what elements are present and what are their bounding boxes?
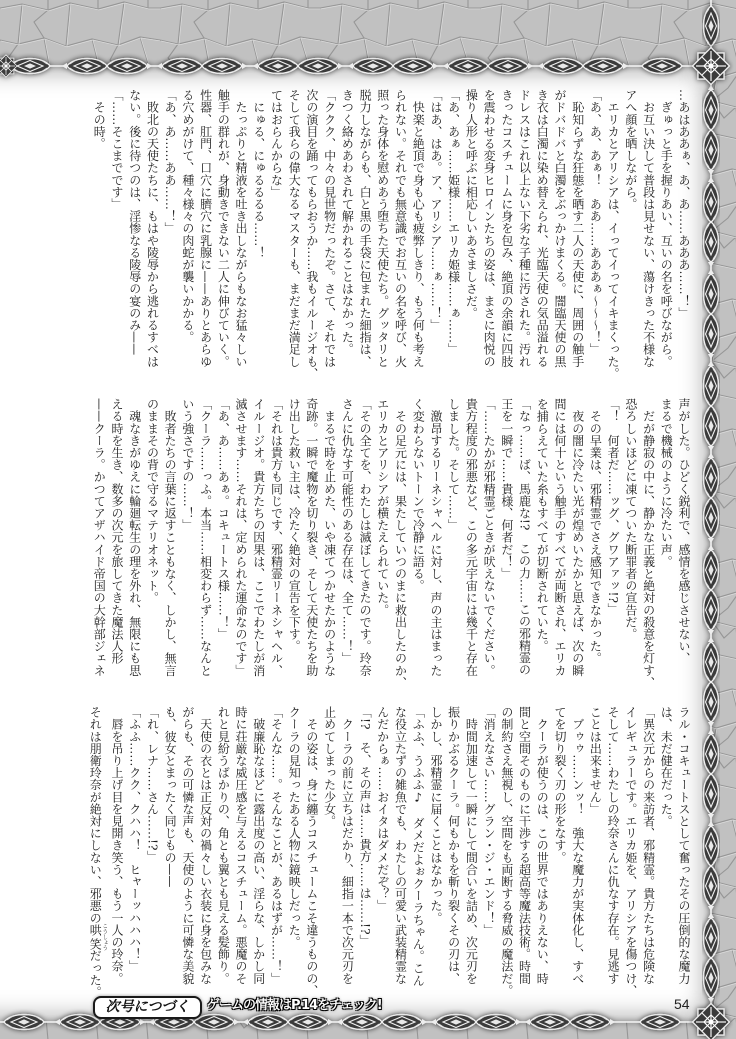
text-column: エリカとアリシアが横たえられていた。	[373, 398, 391, 678]
text-column: 「そんな……。そんなことが、あるはずが……！」	[267, 706, 285, 986]
text-column: んだからぁ……おイタはダメだぞ？」	[373, 706, 391, 986]
text-column: 「ククク、中々の見世物だったぞ。さて、それでは	[320, 89, 338, 369]
text-column: ことは出来ません」	[586, 706, 604, 986]
text-column: 敗北の天使たちに、もはや陵辱から逃れるすべは	[143, 89, 161, 369]
text-column: にゅる、にゅるるるる……！	[249, 89, 267, 369]
text-column: 「異次元からの来訪者、邪精霊。貴方たちは危険な	[639, 706, 657, 986]
text-column: その足元には、果たしていつのまに救出したのか、	[391, 398, 409, 678]
text-column: 時間加速して一瞬にして間合いを詰め、次元刃を	[462, 706, 480, 986]
game-info-caption: ゲームの情報はP.14をチェック!	[207, 997, 382, 1015]
text-column: たっぷりと精液を吐き出しながらもなお猛々しい	[231, 89, 249, 369]
text-column: を捕らえていた糸もすべてが切断されていた。	[533, 398, 551, 678]
text-column: 「それは貴方も同じです、邪精霊リーネシャヘル、	[267, 398, 285, 678]
text-column: 触手の群れが、身動きできない二人に伸びていく。	[214, 89, 232, 369]
text-column: け出した救い主は、冷たく絶対の宣告を下す。	[284, 398, 302, 678]
text-column: 敗者たちの言葉に返すこともなく、しかし、無言	[160, 398, 178, 678]
text-column: だが静寂の中に、静かな正義と絶対の殺意を灯す、	[639, 398, 657, 678]
text-column: 振りかぶるクーラ。何もかもを斬り裂くその刃は、	[444, 706, 462, 986]
text-column: てはおらんからな」	[267, 89, 285, 369]
text-column: 恐ろしいほどに凍てついた断罪者の宣告だ。	[621, 398, 639, 678]
text-column: 間と空間そのものに干渉する超高等魔法技術。時間	[515, 706, 533, 986]
text-column: を震わせる変身ヒロインたちの姿は、まさに肉悦の	[479, 89, 497, 369]
text-column: 「あ、あ、あぁ！ ああ……あああぁ〜〜〜！」	[586, 89, 604, 369]
text-column: お互い決して普段は見せない、蕩けきった不様な	[639, 89, 657, 369]
text-column: 「……そこまでです」	[107, 89, 125, 369]
text-column: その早業は、邪精霊でさえ感知できなかった。	[586, 398, 604, 678]
text-column: る穴めがけて、種々様々の肉蛇が襲いかかる。	[178, 89, 196, 369]
text-column: のままその背で守るマテリオネット。	[143, 398, 161, 678]
text-column: しかし、邪精霊に届くことはなかった。	[426, 706, 444, 986]
text-column: 時に荘厳な威圧感を与えるコスチューム。悪魔のそ	[231, 706, 249, 986]
text-column: 性器、肛門、口穴に臍穴に乳腺に——ありとあらゆ	[196, 89, 214, 369]
text-column: 天使の衣とは正反対の禍々しい衣装に身を包みな	[196, 706, 214, 986]
text-column: クーラの前に立ちはだかり、細指一本で次元刃を	[338, 706, 356, 986]
text-column: 「あ、あ……ああ……！」	[160, 89, 178, 369]
text-column: イルージオ。貴方たちの因果は、ここでわたしが消	[249, 398, 267, 678]
text-column: 王を一瞬で……貴様、何者だ！」	[497, 398, 515, 678]
text-column: いう強さですの……！」	[178, 398, 196, 678]
text-column: きつく絡めあわされて解かれることはなかった。	[338, 89, 356, 369]
text-column: そして我らの偉大なるマスターも、まだまだ満足し	[284, 89, 302, 369]
text-column: 操り人形と呼ぶに相応しいあさましさだ。	[462, 89, 480, 369]
text-column: クーラの見知ったある人物に鏡映しだった。	[284, 706, 302, 986]
text-column: 「ふふ、うふふ♪ ダメだよぉクーラちゃん。こん	[409, 706, 427, 986]
text-column: アへ顔を晒しながら。	[621, 89, 639, 369]
next-issue-badge: 次号につづく	[93, 996, 202, 1019]
text-column: ブゥゥ……ンッ！ 強大な魔力が実体化し、すべ	[568, 706, 586, 986]
text-column: く変わらないトーンで冷静に語る。	[409, 398, 427, 678]
text-column: その姿は、身に纏うコスチュームこそ違うものの、	[302, 706, 320, 986]
text-column: れと見紛うばかりの、角とも翼とも見える髪飾り。	[214, 706, 232, 986]
text-column: も、彼女とまったく同じもの——	[160, 706, 178, 986]
text-column: 破廉恥なほどに露出度の高い、淫らな、しかし同	[249, 706, 267, 986]
page-number: 54	[674, 996, 690, 1012]
text-column: 照った身体を慰めあう堕ちた天使たち。グッタリと	[373, 89, 391, 369]
text-column: ——クーラ。かつてアザハイド帝国の大幹部ジェネ	[90, 398, 108, 678]
text-column: は、未だ健在だった。	[657, 706, 675, 986]
text-column: 声がした。ひどく鋭利で、感情を感じさせない、	[674, 398, 692, 678]
text-column: られない。それでも無意識でお互いの名を呼び、火	[391, 89, 409, 369]
text-column: 「あ、あぁ……姫様……エリカ姫様……ぁ……」	[444, 89, 462, 369]
text-column: まるで機械のように冷たい声。	[657, 398, 675, 678]
text-column: その時。	[90, 89, 108, 369]
text-fragment: だった。	[88, 950, 102, 998]
text-column: エリカとアリシアは、イってイってイキまくった。	[603, 89, 621, 369]
text-column: 貴方程度の邪悪など、この多元宇宙には幾千と存在	[462, 398, 480, 678]
text-column: イレギュラーです。エリカ姫を、アリシアを傷つけ、	[621, 706, 639, 986]
text-column: 「はあ、はあ。ア、アリシア……ぁ……！」	[426, 89, 444, 369]
text-column: 脱力しながらも、白と黒の手袋に包まれた細指は、	[355, 89, 373, 369]
story-block-bottom: ラル・コキュートスとして奮ったその圧倒的な魔力 は、未だ健在だった。 「異次元か…	[89, 706, 692, 986]
text-column: える時を生き、数多の次元を旅してきた魔法人形	[107, 398, 125, 678]
text-column: がドバドバと白濁をぶっかけまくる。闇臨天使の黒	[550, 89, 568, 369]
text-column: 次の演目を踊ってもらおうか……我もイルージオも、	[302, 89, 320, 369]
text-column: き衣は白濁に染め替えられ、光臨天使の気品溢れる	[533, 89, 551, 369]
text-column: ドレスはこれ以上ない下劣な子種に汚された。汚れ	[515, 89, 533, 369]
ruby-annotation: 哄笑こうしょう	[88, 924, 102, 950]
text-column: 「……たかが邪精霊ごときが吠えないでください。	[479, 398, 497, 678]
text-column: ぎゅっと手を握りあい、互いの名を呼びながら。	[657, 89, 675, 369]
text-column: ない。後に待つのは、淫惨なる陵辱の宴のみ——	[125, 89, 143, 369]
text-column: 「ふふ……クク、クハハ！ ヒャーッハハハ！」	[125, 706, 143, 986]
text-column: 「消えなさい……グラン・ジ・エンド！」	[479, 706, 497, 986]
text-column: 滅させます……それは、定められた運命なのです」	[231, 398, 249, 678]
text-column: 「なっ……ば、馬鹿な!? この力……この邪精霊の	[515, 398, 533, 678]
text-column-with-ruby: それは朋衛玲奈が絶対にしない、邪悪の哄笑こうしょうだった。	[90, 706, 108, 986]
text-column: さんに仇なす可能性のある存在は、全て……！」	[338, 398, 356, 678]
text-column: 快楽と絶頂で身も心も疲弊しきり、もう何も考え	[409, 89, 427, 369]
text-fragment: それは朋衛玲奈が絶対にしない、邪悪の	[88, 706, 102, 924]
story-block-top: …あはああぁ、あ、あ……あああ……！」 ぎゅっと手を握りあい、互いの名を呼びなが…	[89, 89, 692, 369]
text-column: な役立たずの雑魚でも、わたしの可愛い武装精霊な	[391, 706, 409, 986]
text-column: クーラが使うのは、この世界ではありえない、時	[533, 706, 551, 986]
text-column: 「その全てを、わたしは滅ぼしてきたのです。玲奈	[355, 398, 373, 678]
text-column: がらも、その可憐な声も、天使のように可憐な美貌	[178, 706, 196, 986]
text-column: まるで時を止めた、いや凍てつかせたかのような	[320, 398, 338, 678]
text-column: ラル・コキュートスとして奮ったその圧倒的な魔力	[674, 706, 692, 986]
text-column: きったコスチュームに身を包み、絶頂の余韻に四肢	[497, 89, 515, 369]
story-block-middle: 声がした。ひどく鋭利で、感情を感じさせない、 まるで機械のように冷たい声。 だが…	[89, 398, 692, 678]
text-column: 恥知らずな狂態を晒す二人の天使に、周囲の触手	[568, 89, 586, 369]
text-column: 唇を吊り上げ目を見開き笑う、もう一人の玲奈。	[107, 706, 125, 986]
text-column: 「！ 何者だ……ッグ、グワアァッ!?」	[603, 398, 621, 678]
text-column: 魂なきがゆえに輪廻転生の理を外れ、無限にも思	[125, 398, 143, 678]
text-column: 「!? そ、その声は……貴方……は……!?」	[355, 706, 373, 986]
text-column: しました。そして……」	[444, 398, 462, 678]
text-column: 激昂するリーネシャヘルに対し、声の主はまった	[426, 398, 444, 678]
ruby-reading: こうしょう	[101, 923, 107, 951]
text-column: の制約さえ無視し、空間をも両断する脅威の魔法だ。	[497, 706, 515, 986]
text-column: そして……わたしの玲奈さんに仇なす存在。見逃す	[603, 706, 621, 986]
text-column: …あはああぁ、あ、あ……あああ……！」	[674, 89, 692, 369]
text-column: 「あ、あ……あぁ。コキュートス様……！」	[214, 398, 232, 678]
text-column: 夜の闇に冷たい光が煌めいたかと思えば、次の瞬	[568, 398, 586, 678]
text-column: てを切り裂く刃の形をなす。	[550, 706, 568, 986]
text-column: 奇跡。一瞬で魔物を切り裂き、そして天使たちを助	[302, 398, 320, 678]
text-column: 間には何十という触手のすべてが両断され、エリカ	[550, 398, 568, 678]
text-column: 「れ、レナ……さん……!?」	[143, 706, 161, 986]
text-column: 「クーラ……っふ。本当……相変わらず……なんと	[196, 398, 214, 678]
text-column: 止めてしまった少女。	[320, 706, 338, 986]
